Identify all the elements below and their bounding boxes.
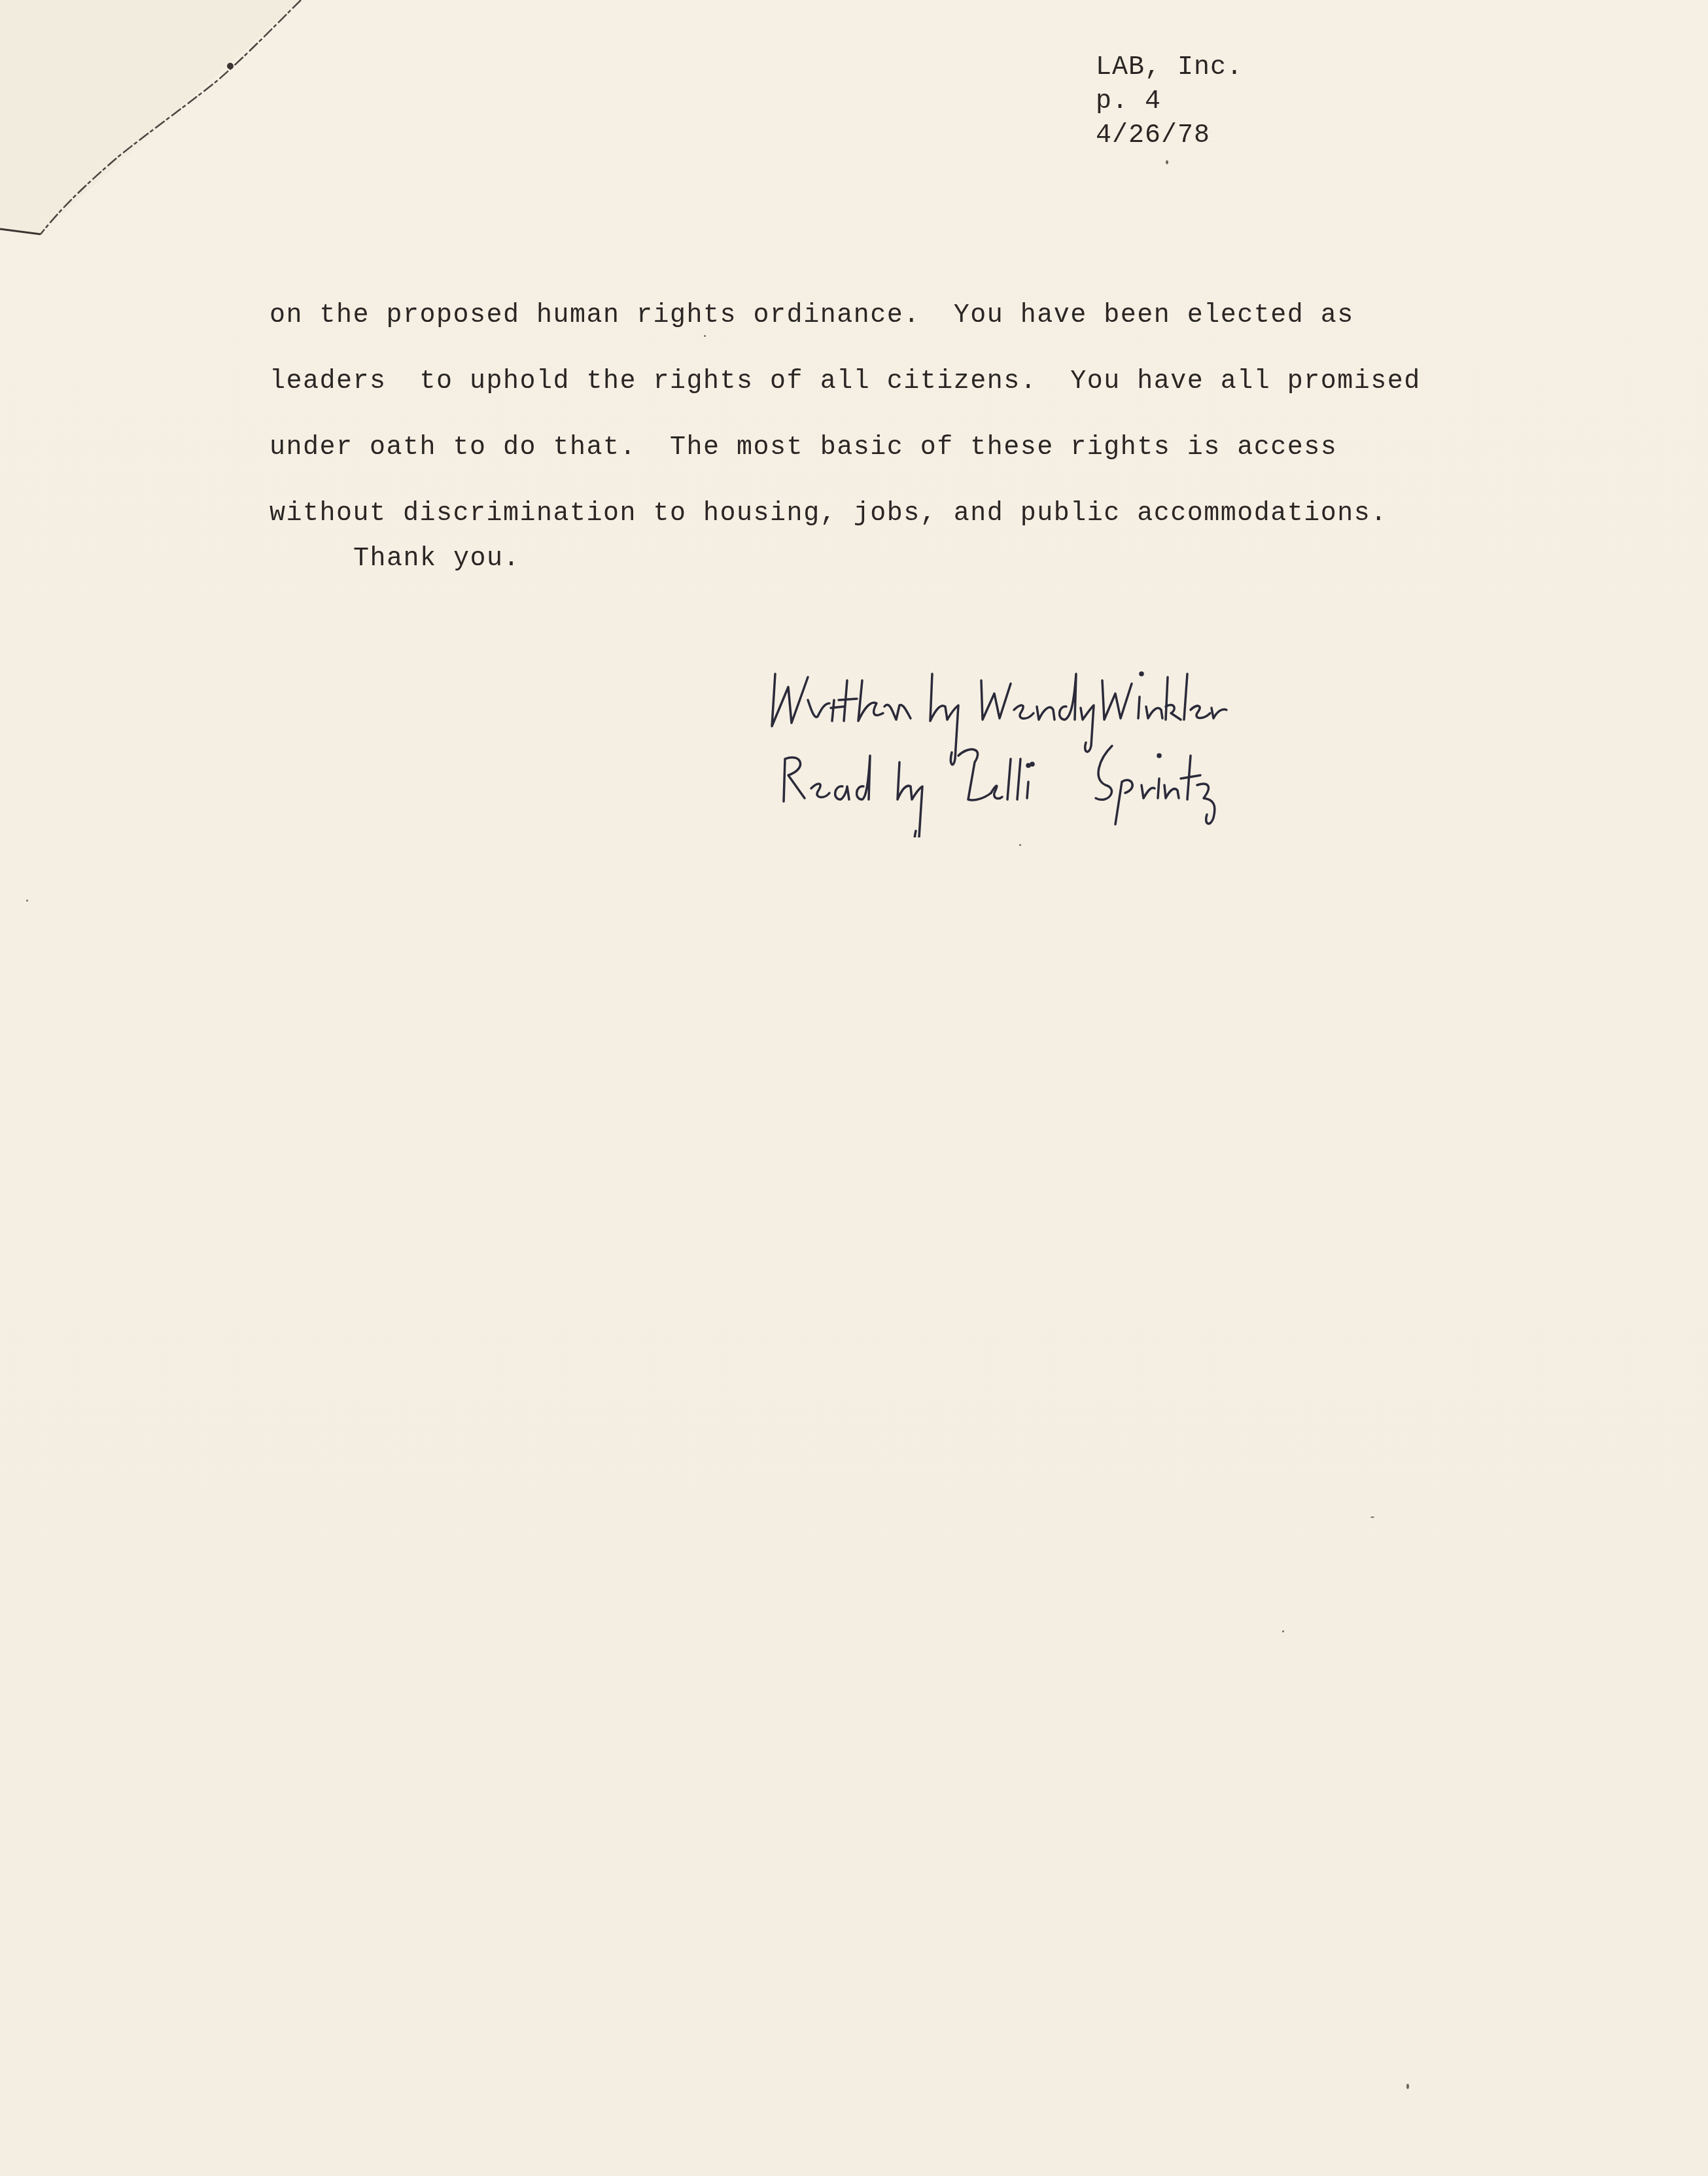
document-date: 4/26/78 <box>1096 119 1243 153</box>
body-line: under oath to do that. The most basic of… <box>270 415 1512 481</box>
page-number: p. 4 <box>1096 85 1243 119</box>
body-line: without discrimination to housing, jobs,… <box>270 481 1512 547</box>
handwritten-signature: Written by Wendy Winkler Read by Lilli S… <box>759 648 1439 837</box>
body-line: leaders to uphold the rights of all citi… <box>270 349 1512 415</box>
paper-speck <box>1019 844 1021 846</box>
paper-speck <box>1282 1630 1284 1632</box>
body-line: on the proposed human rights ordinance. … <box>270 283 1512 349</box>
paper-speck <box>1370 1517 1374 1518</box>
signature-ink-icon <box>759 648 1439 837</box>
folded-corner-crease <box>0 0 314 249</box>
document-page: LAB, Inc. p. 4 4/26/78 on the proposed h… <box>0 0 1708 2176</box>
closing-text: Thank you. <box>353 544 520 574</box>
organization-name: LAB, Inc. <box>1096 51 1243 85</box>
body-paragraph: on the proposed human rights ordinance. … <box>270 283 1512 547</box>
header-block: LAB, Inc. p. 4 4/26/78 <box>1096 51 1243 153</box>
paper-speck <box>1166 160 1168 164</box>
paper-speck <box>26 900 28 902</box>
paper-speck <box>1406 2084 1409 2089</box>
paper-speck <box>704 335 706 337</box>
